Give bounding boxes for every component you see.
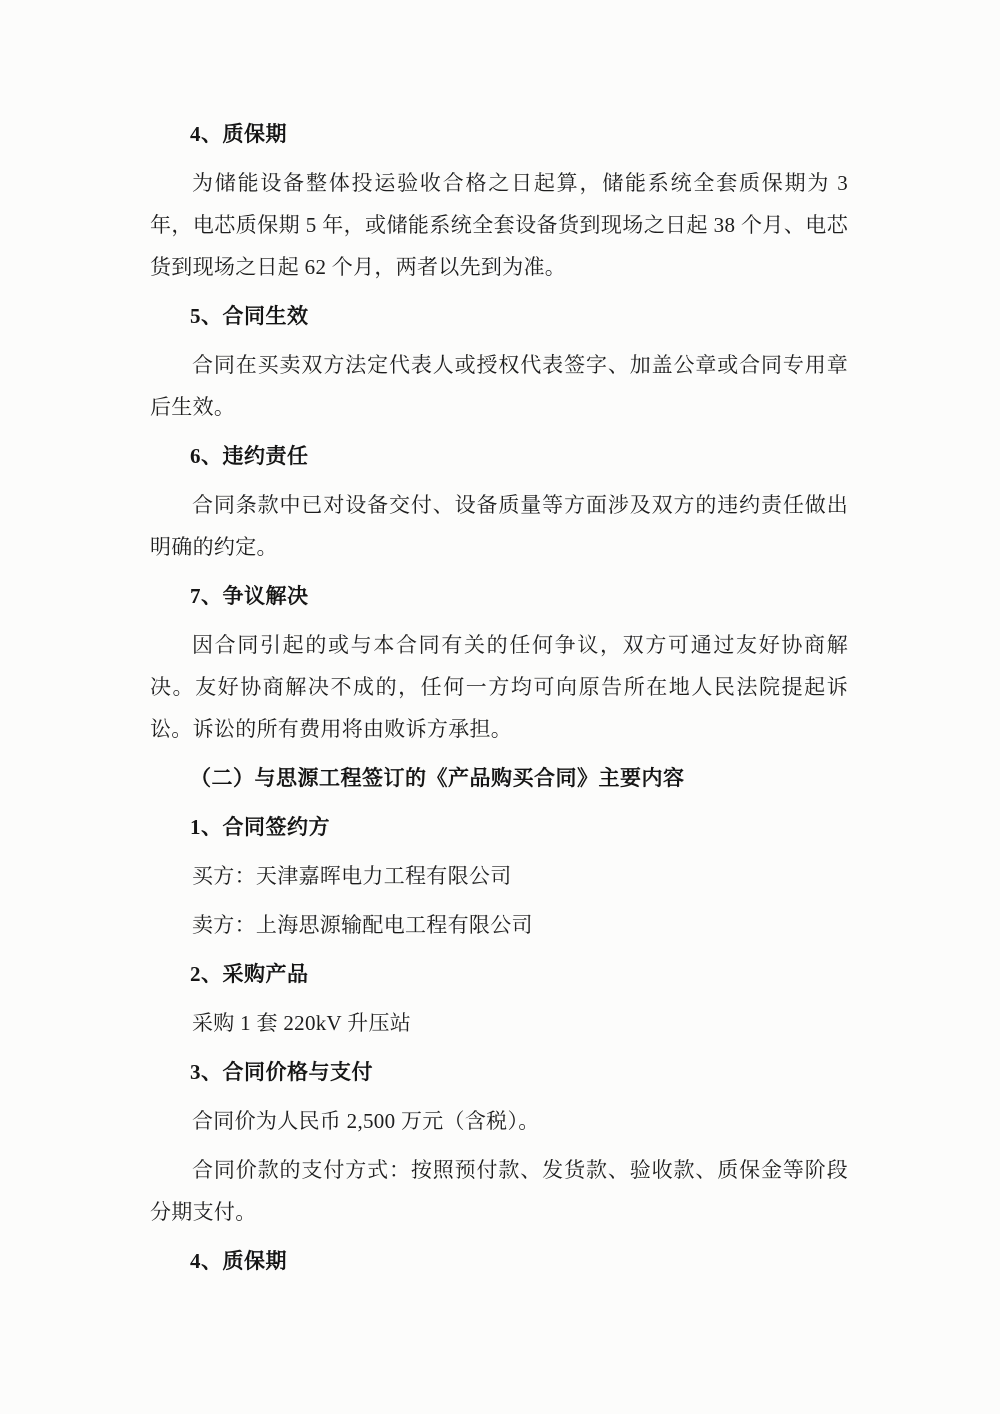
heading-dispute-resolution: 7、争议解决: [150, 575, 848, 617]
heading-purchased-product: 2、采购产品: [150, 953, 848, 995]
paragraph-contract-price: 合同价为人民币 2,500 万元（含税）。: [150, 1100, 848, 1142]
heading-contract-effectiveness: 5、合同生效: [150, 295, 848, 337]
paragraph-dispute-resolution: 因合同引起的或与本合同有关的任何争议，双方可通过友好协商解决。友好协商解决不成的…: [150, 624, 848, 750]
document-page: 4、质保期 为储能设备整体投运验收合格之日起算，储能系统全套质保期为 3 年，电…: [0, 0, 1000, 1414]
heading-warranty-period: 4、质保期: [150, 113, 848, 155]
heading-contract-parties: 1、合同签约方: [150, 806, 848, 848]
paragraph-purchased-product: 采购 1 套 220kV 升压站: [150, 1002, 848, 1044]
heading-breach-liability: 6、违约责任: [150, 435, 848, 477]
paragraph-buyer: 买方：天津嘉晖电力工程有限公司: [150, 855, 848, 897]
paragraph-payment-method: 合同价款的支付方式：按照预付款、发货款、验收款、质保金等阶段分期支付。: [150, 1149, 848, 1233]
paragraph-warranty-terms: 为储能设备整体投运验收合格之日起算，储能系统全套质保期为 3 年，电芯质保期 5…: [150, 162, 848, 288]
paragraph-seller: 卖方：上海思源输配电工程有限公司: [150, 904, 848, 946]
heading-contract-price-payment: 3、合同价格与支付: [150, 1051, 848, 1093]
heading-warranty-period-2: 4、质保期: [150, 1240, 848, 1282]
paragraph-breach-liability: 合同条款中已对设备交付、设备质量等方面涉及双方的违约责任做出明确的约定。: [150, 484, 848, 568]
paragraph-contract-effectiveness: 合同在买卖双方法定代表人或授权代表签字、加盖公章或合同专用章后生效。: [150, 344, 848, 428]
heading-section-2-siyuan-contract: （二）与思源工程签订的《产品购买合同》主要内容: [150, 757, 848, 799]
